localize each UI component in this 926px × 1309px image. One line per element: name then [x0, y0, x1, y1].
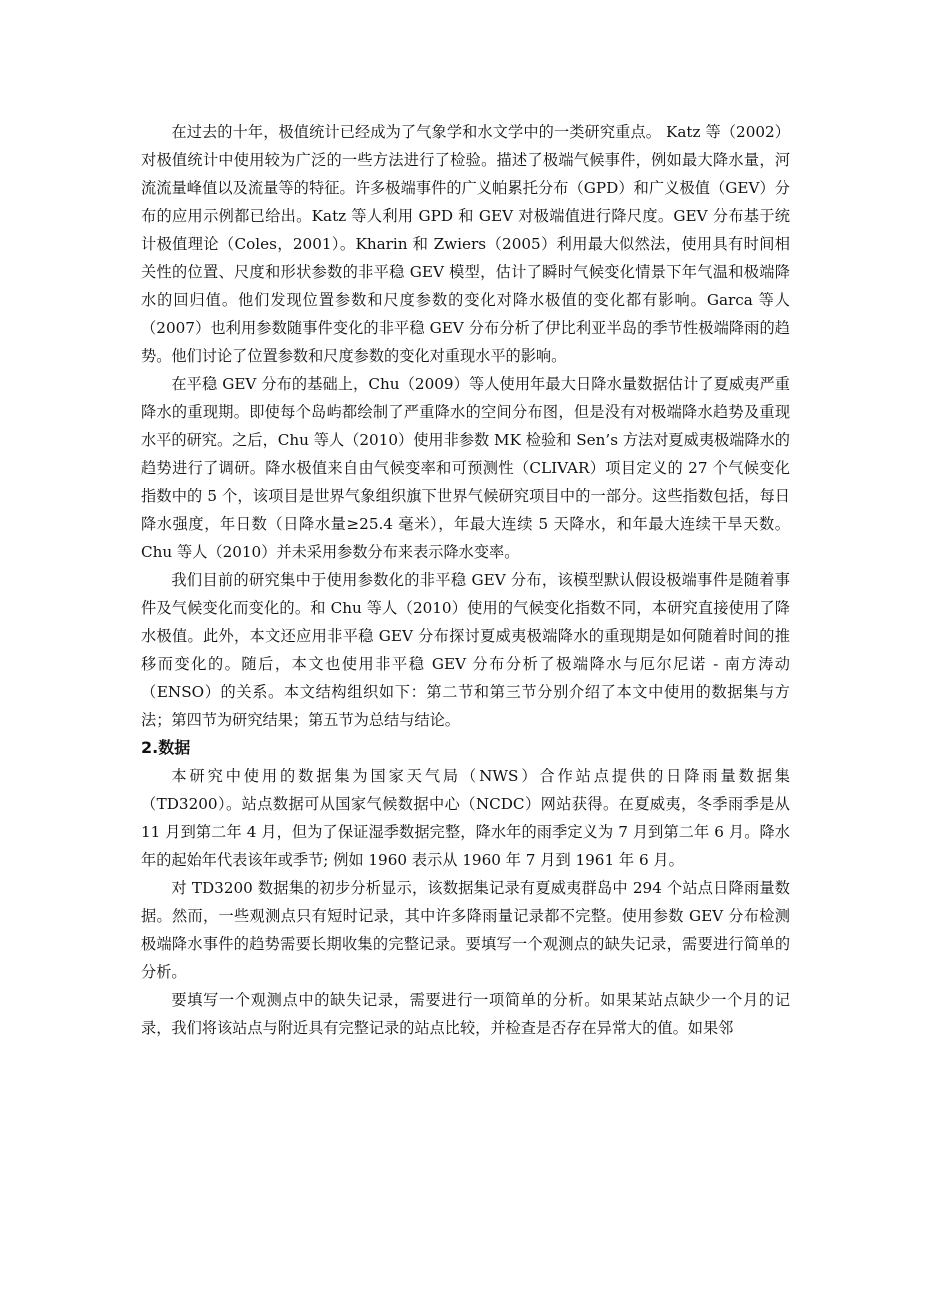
paragraph-intro-1: 在过去的十年，极值统计已经成为了气象学和水文学中的一类研究重点。 Katz 等（… [141, 118, 790, 370]
document-page: 在过去的十年，极值统计已经成为了气象学和水文学中的一类研究重点。 Katz 等（… [141, 118, 790, 1042]
paragraph-intro-3: 我们目前的研究集中于使用参数化的非平稳 GEV 分布，该模型默认假设极端事件是随… [141, 566, 790, 734]
section-heading-data: 2.数据 [141, 734, 790, 762]
paragraph-data-3: 要填写一个观测点中的缺失记录，需要进行一项简单的分析。如果某站点缺少一个月的记录… [141, 986, 790, 1042]
paragraph-data-2: 对 TD3200 数据集的初步分析显示，该数据集记录有夏威夷群岛中 294 个站… [141, 874, 790, 986]
paragraph-intro-2: 在平稳 GEV 分布的基础上，Chu（2009）等人使用年最大日降水量数据估计了… [141, 370, 790, 566]
paragraph-data-1: 本研究中使用的数据集为国家天气局（NWS）合作站点提供的日降雨量数据集（TD32… [141, 762, 790, 874]
